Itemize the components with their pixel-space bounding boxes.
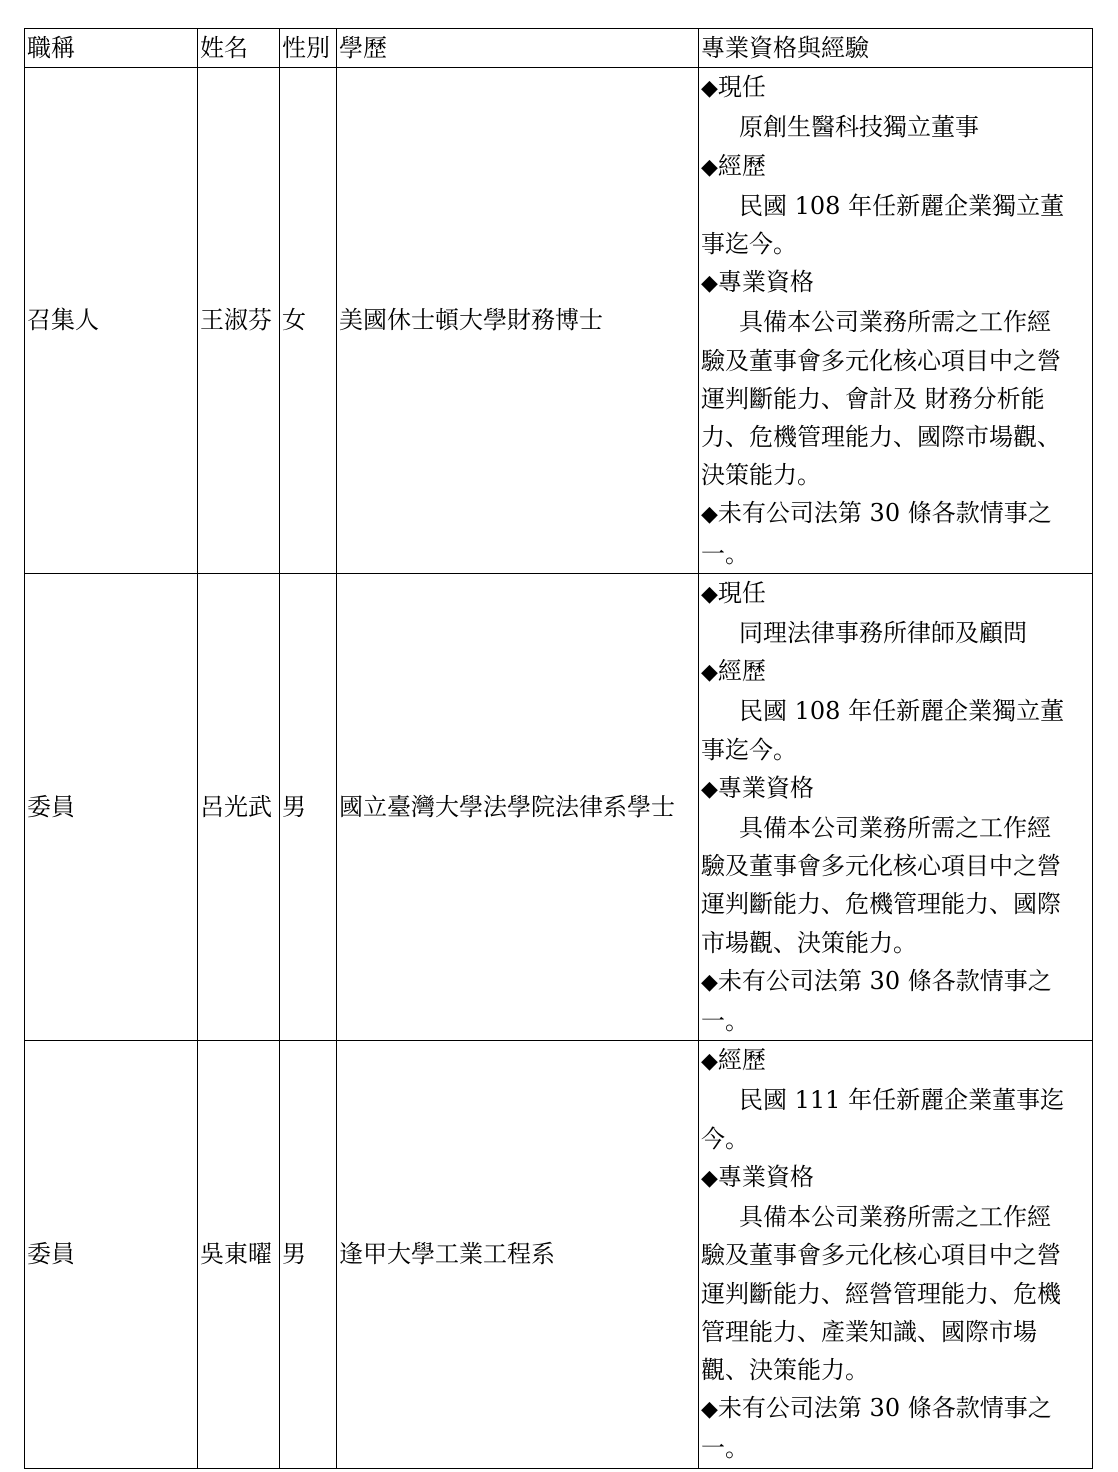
section-current: ◆現任 [701,574,1090,614]
cell-experience: ◆經歷 民國 111 年任新麗企業董事迄今。 ◆專業資格 具備本公司業務所需之工… [699,1041,1093,1468]
header-name: 姓名 [198,29,280,68]
diamond-bullet-icon: ◆ [701,70,718,108]
cell-gender: 男 [280,573,337,1040]
section-qualification: ◆專業資格 [701,263,1090,303]
table-row: 召集人 王淑芬 女 美國休士頓大學財務博士 ◆現任 原創生醫科技獨立董事 ◆經歷… [25,68,1093,574]
qualification-text: 具備本公司業務所需之工作經 驗及董事會多元化核心項目中之營 運判斷能力、危機管理… [701,809,1090,962]
qualification-text: 具備本公司業務所需之工作經 驗及董事會多元化核心項目中之營 運判斷能力、經營管理… [701,1198,1090,1389]
section-legal-compliance: ◆未有公司法第 30 條各款情事之 [701,494,1090,534]
header-title: 職稱 [25,29,198,68]
section-legal-compliance: ◆未有公司法第 30 條各款情事之 [701,1389,1090,1429]
diamond-bullet-icon: ◆ [701,576,718,614]
cell-education: 逢甲大學工業工程系 [337,1041,699,1468]
header-education: 學歷 [337,29,699,68]
section-history: ◆經歷 [701,147,1090,187]
cell-gender: 男 [280,1041,337,1468]
current-text: 原創生醫科技獨立董事 [701,108,1090,146]
section-history: ◆經歷 [701,1041,1090,1081]
table-row: 委員 吳東曜 男 逢甲大學工業工程系 ◆經歷 民國 111 年任新麗企業董事迄今… [25,1041,1093,1468]
section-legal-compliance: ◆未有公司法第 30 條各款情事之 [701,962,1090,1002]
cell-education: 國立臺灣大學法學院法律系學士 [337,573,699,1040]
history-text: 民國 111 年任新麗企業董事迄今。 [701,1081,1090,1157]
section-history: ◆經歷 [701,652,1090,692]
table-header-row: 職稱 姓名 性別 學歷 專業資格與經驗 [25,29,1093,68]
history-text: 民國 108 年任新麗企業獨立董事迄今。 [701,187,1090,263]
diamond-bullet-icon: ◆ [701,654,718,692]
diamond-bullet-icon: ◆ [701,149,718,187]
section-qualification: ◆專業資格 [701,1158,1090,1198]
cell-name: 王淑芬 [198,68,280,574]
section-current: ◆現任 [701,68,1090,108]
diamond-bullet-icon: ◆ [701,1391,718,1429]
diamond-bullet-icon: ◆ [701,771,718,809]
section-qualification: ◆專業資格 [701,769,1090,809]
cell-gender: 女 [280,68,337,574]
cell-name: 吳東曜 [198,1041,280,1468]
diamond-bullet-icon: ◆ [701,496,718,534]
cell-experience: ◆現任 原創生醫科技獨立董事 ◆經歷 民國 108 年任新麗企業獨立董事迄今。 … [699,68,1093,574]
diamond-bullet-icon: ◆ [701,1043,718,1081]
qualification-text: 具備本公司業務所需之工作經 驗及董事會多元化核心項目中之營 運判斷能力、會計及 … [701,303,1090,494]
cell-name: 呂光武 [198,573,280,1040]
header-gender: 性別 [280,29,337,68]
diamond-bullet-icon: ◆ [701,964,718,1002]
cell-title: 委員 [25,573,198,1040]
diamond-bullet-icon: ◆ [701,1160,718,1198]
committee-members-table: 職稱 姓名 性別 學歷 專業資格與經驗 召集人 王淑芬 女 美國休士頓大學財務博… [24,28,1093,1469]
cell-title: 召集人 [25,68,198,574]
header-experience: 專業資格與經驗 [699,29,1093,68]
cell-education: 美國休士頓大學財務博士 [337,68,699,574]
cell-title: 委員 [25,1041,198,1468]
cell-experience: ◆現任 同理法律事務所律師及顧問 ◆經歷 民國 108 年任新麗企業獨立董事迄今… [699,573,1093,1040]
diamond-bullet-icon: ◆ [701,265,718,303]
history-text: 民國 108 年任新麗企業獨立董事迄今。 [701,692,1090,768]
table-row: 委員 呂光武 男 國立臺灣大學法學院法律系學士 ◆現任 同理法律事務所律師及顧問… [25,573,1093,1040]
current-text: 同理法律事務所律師及顧問 [701,614,1090,652]
